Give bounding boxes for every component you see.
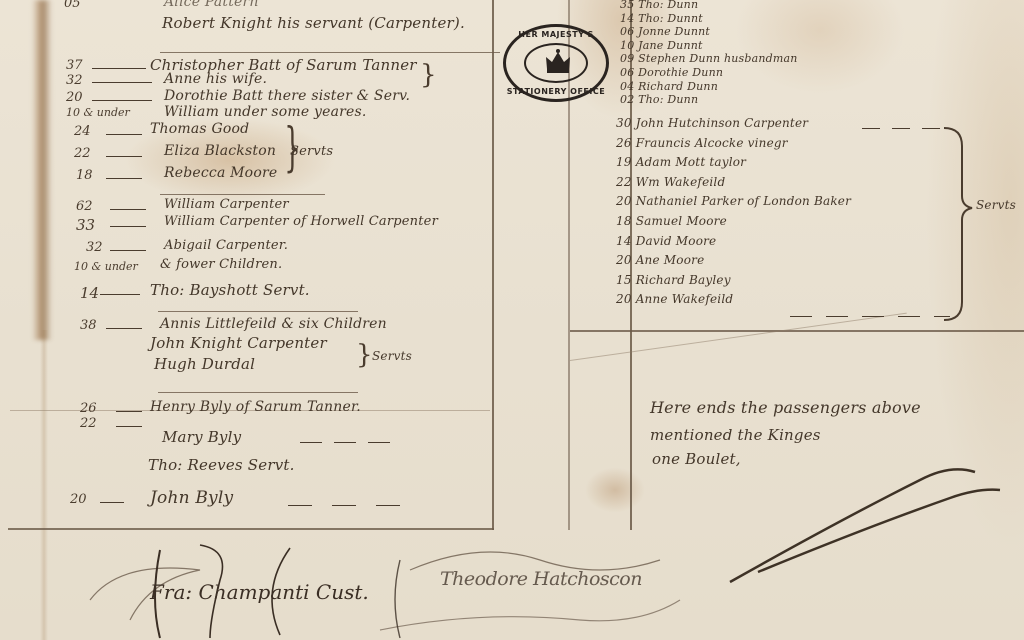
list-entry: John Byly — [150, 488, 233, 508]
list-entry: 30 John Hutchinson Carpenter — [616, 114, 851, 134]
crown-icon — [543, 47, 573, 77]
list-entry: William Carpenter of Horwell Carpenter — [164, 214, 438, 229]
list-entry: Dorothie Batt there sister & Serv. — [164, 88, 410, 104]
water-stain — [32, 0, 52, 340]
signature-second: Theodore Hatchoscon — [440, 568, 642, 590]
fold-crease — [40, 330, 48, 640]
stamp-bottom-text: STATIONERY OFFICE — [506, 87, 606, 96]
list-entry: Abigail Carpenter. — [164, 238, 288, 253]
list-entry: Robert Knight his servant (Carpenter). — [162, 14, 465, 32]
list-entry: & fower Children. — [160, 257, 282, 272]
group-rule — [160, 52, 500, 53]
brace-label-servants: Servts — [290, 144, 333, 159]
list-entry: 15 Richard Bayley — [616, 271, 851, 291]
list-entry: Anne his wife. — [164, 71, 267, 87]
manuscript-page: HER MAJESTY'S STATIONERY OFFICE 05 Alice… — [0, 0, 1024, 640]
group-rule — [160, 194, 325, 195]
list-entry: William Carpenter — [164, 197, 289, 212]
stamp-top-text: HER MAJESTY'S — [506, 30, 606, 39]
bottom-rule-left — [8, 528, 494, 530]
list-entry: Tho: Bayshott Servt. — [150, 281, 310, 299]
closing-note-line: Here ends the passengers above — [650, 398, 921, 417]
brace-label-servants: Servts — [372, 349, 412, 363]
brace-label-servants: Servts — [976, 198, 1016, 212]
section-rule-right — [570, 330, 1024, 332]
list-entry: 20 Anne Wakefeild — [616, 290, 851, 310]
list-entry: Rebecca Moore — [164, 165, 277, 181]
list-entry: 20 Nathaniel Parker of London Baker — [616, 192, 851, 212]
list-entry: Tho: Reeves Servt. — [148, 456, 295, 474]
signature-customs-officer: Fra: Champanti Cust. — [150, 580, 369, 604]
pen-strokes — [720, 460, 1020, 590]
list-entry: 14 David Moore — [616, 232, 851, 252]
official-stamp: HER MAJESTY'S STATIONERY OFFICE — [503, 24, 609, 102]
column-rule-left — [492, 0, 494, 530]
crossing-line — [570, 313, 907, 361]
list-entry: Annis Littlefeild & six Children — [160, 316, 387, 332]
list-entry: 19 Adam Mott taylor — [616, 153, 851, 173]
list-entry: Thomas Good — [150, 121, 249, 137]
closing-note-line: mentioned the Kinges — [650, 426, 821, 444]
group-rule — [158, 392, 358, 393]
list-entry: 26 Frauncis Alcocke vinegr — [616, 134, 851, 154]
list-entry: Henry Byly of Sarum Tanner. — [150, 399, 361, 415]
list-entry: 18 Samuel Moore — [616, 212, 851, 232]
list-entry: William under some yeares. — [164, 104, 367, 120]
list-entry: 20 Ane Moore — [616, 251, 851, 271]
group-rule — [158, 311, 358, 312]
list-entry: Hugh Durdal — [154, 355, 255, 373]
list-entry: John Knight Carpenter — [150, 334, 327, 352]
brace-icon — [940, 126, 980, 322]
list-entry: Eliza Blackston — [164, 143, 276, 159]
list-entry: Mary Byly — [162, 428, 241, 446]
list-entry: 22 Wm Wakefeild — [616, 173, 851, 193]
